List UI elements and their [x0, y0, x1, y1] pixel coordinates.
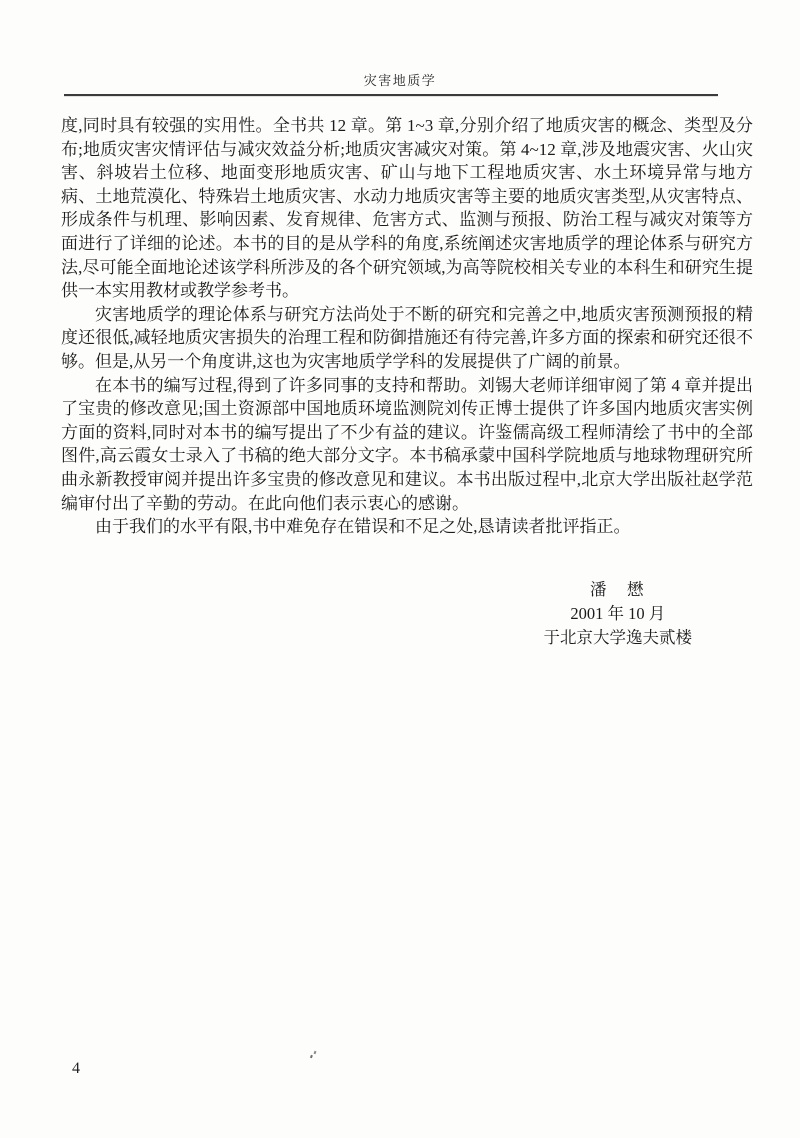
signature-place: 于北京大学逸夫贰楼 [544, 626, 693, 650]
document-page: 灾害地质学 度,同时具有较强的实用性。全书共 12 章。第 1~3 章,分别介绍… [0, 0, 800, 1138]
body-text-block: 度,同时具有较强的实用性。全书共 12 章。第 1~3 章,分别介绍了地质灾害的… [61, 114, 753, 539]
scan-speck-artifact [314, 1051, 317, 1055]
author-name: 潘 懋 [544, 578, 693, 602]
signature-inner: 潘 懋 2001 年 10 月 于北京大学逸夫贰楼 [544, 578, 693, 650]
signature-block: 潘 懋 2001 年 10 月 于北京大学逸夫贰楼 [0, 578, 692, 650]
body-paragraph: 由于我们的水平有限,书中难免存在错误和不足之处,恳请读者批评指正。 [61, 515, 753, 539]
body-paragraph-continuation: 度,同时具有较强的实用性。全书共 12 章。第 1~3 章,分别介绍了地质灾害的… [61, 114, 753, 303]
page-number: 4 [72, 1060, 80, 1078]
body-paragraph: 在本书的编写过程,得到了许多同事的支持和帮助。刘锡大老师详细审阅了第 4 章并提… [61, 374, 753, 516]
running-header-title: 灾害地质学 [0, 70, 800, 89]
signature-date: 2001 年 10 月 [544, 602, 693, 626]
body-paragraph: 灾害地质学的理论体系与研究方法尚处于不断的研究和完善之中,地质灾害预测预报的精度… [61, 303, 753, 374]
header-rule [64, 94, 718, 96]
